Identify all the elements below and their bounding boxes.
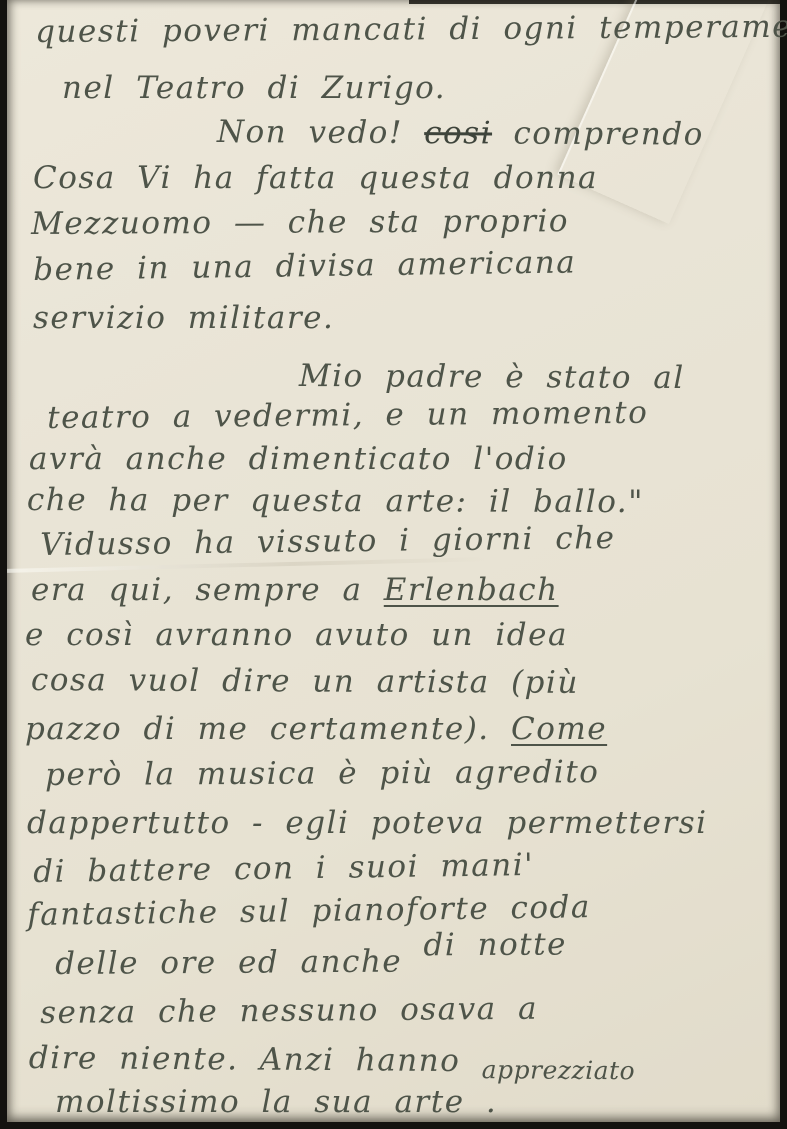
handwriting-line: Mezzuomo — che sta proprio <box>31 203 569 242</box>
handwriting-segment: e così avranno avuto un idea <box>25 617 568 653</box>
handwriting-segment: però la musica è più agredito <box>45 754 599 793</box>
handwriting-segment: avrà anche dimenticato l'odio <box>29 441 568 477</box>
handwriting-line: era qui, sempre a Erlenbach <box>31 572 559 608</box>
handwritten-text: questi poveri mancati di ogni temperamen… <box>7 0 780 1122</box>
handwriting-line: servizio militare. <box>33 300 334 336</box>
handwriting-segment: delle ore ed anche <box>55 943 424 982</box>
handwriting-segment: apprezziato <box>482 1055 636 1085</box>
handwriting-segment: di battere con i suoi mani' <box>33 847 534 890</box>
handwriting-segment: Erlenbach <box>384 572 559 608</box>
handwriting-segment: senza che nessuno osava a <box>40 991 538 1031</box>
handwriting-line: teatro a vedermi, e un momento <box>47 395 648 436</box>
handwriting-line: Mio padre è stato al <box>299 358 685 396</box>
handwriting-line: moltissimo la sua arte . <box>55 1084 497 1120</box>
handwriting-segment: di notte <box>423 926 567 963</box>
handwriting-line: cosa vuol dire un artista (più <box>31 662 579 701</box>
handwriting-line: Vidusso ha vissuto i giorni che <box>40 520 616 563</box>
handwriting-segment: pazzo di me certamente). <box>25 711 511 747</box>
photo-frame: questi poveri mancati di ogni temperamen… <box>0 0 787 1129</box>
handwriting-line: delle ore ed anche di notte <box>55 942 567 982</box>
handwriting-line: avrà anche dimenticato l'odio <box>29 441 568 477</box>
handwriting-line: pazzo di me certamente). Come <box>25 711 607 747</box>
handwriting-line: questi poveri mancati di ogni temperamen… <box>35 8 787 50</box>
handwriting-segment: comprendo <box>492 115 704 152</box>
handwriting-line: di battere con i suoi mani' <box>33 847 534 890</box>
handwriting-segment: Mezzuomo — che sta proprio <box>31 203 569 242</box>
handwriting-segment: Cosa Vi ha fatta questa donna <box>33 160 598 196</box>
handwriting-segment: servizio militare. <box>33 300 334 336</box>
handwriting-segment: Vidusso ha vissuto i giorni che <box>40 520 616 563</box>
handwriting-line: però la musica è più agredito <box>45 754 599 793</box>
letter-page: questi poveri mancati di ogni temperamen… <box>7 0 780 1122</box>
handwriting-segment: Come <box>511 711 607 747</box>
handwriting-segment: cosi <box>424 115 492 151</box>
handwriting-line: nel Teatro di Zurigo. <box>62 70 446 106</box>
handwriting-segment: teatro a vedermi, e un momento <box>47 395 648 436</box>
handwriting-line: senza che nessuno osava a <box>40 991 538 1031</box>
handwriting-segment: dire niente. Anzi hanno <box>29 1040 482 1079</box>
handwriting-segment: che ha per questa arte: il ballo." <box>27 482 644 520</box>
handwriting-segment: moltissimo la sua arte . <box>55 1084 497 1120</box>
handwriting-line: bene in una divisa americana <box>33 244 576 288</box>
handwriting-line: che ha per questa arte: il ballo." <box>27 482 644 520</box>
handwriting-segment: bene in una divisa americana <box>33 244 576 288</box>
handwriting-segment: dappertutto - egli poteva permettersi <box>27 805 708 841</box>
handwriting-segment: era qui, sempre a <box>31 572 384 608</box>
handwriting-segment: questi poveri mancati di ogni temperamen… <box>35 8 787 50</box>
handwriting-line: Cosa Vi ha fatta questa donna <box>33 160 598 196</box>
handwriting-segment: nel Teatro di Zurigo. <box>62 70 446 106</box>
handwriting-line: Non vedo! cosi comprendo <box>217 114 704 153</box>
handwriting-segment: Mio padre è stato al <box>299 358 685 396</box>
handwriting-line: dire niente. Anzi hanno apprezziato <box>29 1040 636 1080</box>
handwriting-line: dappertutto - egli poteva permettersi <box>27 805 708 841</box>
handwriting-line: e così avranno avuto un idea <box>25 617 568 653</box>
handwriting-segment: cosa vuol dire un artista (più <box>31 662 579 701</box>
handwriting-segment: Non vedo! <box>217 114 424 151</box>
